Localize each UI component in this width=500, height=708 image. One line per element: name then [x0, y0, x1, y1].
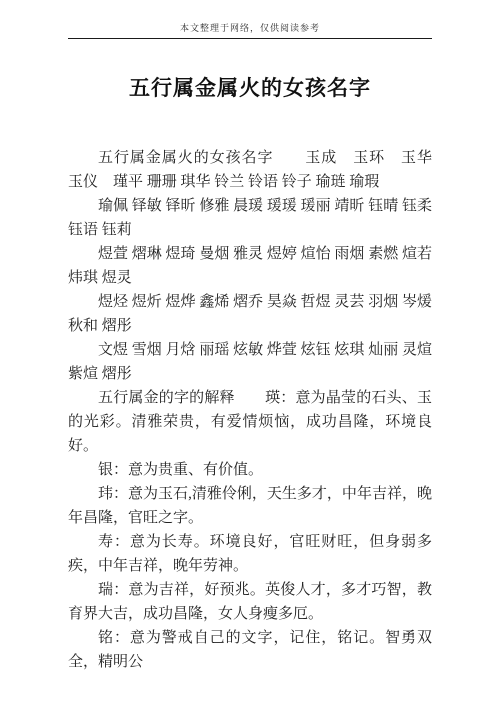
body-paragraph-explanation-rui: 瑞：意为吉祥，好预兆。英俊人才，多才巧智，教育界大吉，成功昌隆，女人身瘦多厄。: [68, 578, 432, 626]
header-rule: [68, 38, 432, 39]
body-paragraph-explanation-wei: 玮：意为玉石,清雅伶俐，天生多才，中年吉祥，晚年昌隆，官旺之字。: [68, 482, 432, 530]
body-paragraph-names-5: 文煜 雪烟 月焓 丽瑶 炫敏 烨萱 炫钰 炫琪 灿丽 灵煊 紫煊 熠彤: [68, 338, 432, 386]
header-note: 本文整理于网络，仅供阅读参考: [68, 0, 432, 34]
document-body: 五行属金属火的女孩名字 玉成 玉环 玉华 玉仪 瑾平 珊珊 琪华 铃兰 铃语 铃…: [68, 146, 432, 674]
body-paragraph-names-2: 瑜佩 铎敏 铎昕 修雅 晨瑗 瑗瑗 瑗丽 靖昕 钰晴 钰柔 钰语 钰莉: [68, 194, 432, 242]
body-paragraph-names-3: 煜萱 熠琳 煜琦 曼烟 雅灵 煜婷 煊怡 雨烟 素燃 煊若 炜琪 煜灵: [68, 242, 432, 290]
body-paragraph-explanation-ying: 五行属金的字的解释 瑛：意为晶莹的石头、玉的光彩。清雅荣贵，有爱情烦恼，成功昌隆…: [68, 386, 432, 458]
body-paragraph-explanation-yin: 银：意为贵重、有价值。: [68, 458, 432, 482]
body-paragraph-names-1: 五行属金属火的女孩名字 玉成 玉环 玉华 玉仪 瑾平 珊珊 琪华 铃兰 铃语 铃…: [68, 146, 432, 194]
body-paragraph-names-4: 煜烃 煜炘 煜烨 鑫烯 熠乔 昊焱 哲煜 灵芸 羽烟 岑煖 秋和 熠彤: [68, 290, 432, 338]
page-content: 本文整理于网络，仅供阅读参考 五行属金属火的女孩名字 五行属金属火的女孩名字 玉…: [68, 0, 432, 674]
body-paragraph-explanation-shou: 寿：意为长寿。环境良好，官旺财旺，但身弱多疾，中年吉祥，晚年劳神。: [68, 530, 432, 578]
body-paragraph-explanation-ming: 铭：意为警戒自己的文字，记住，铭记。智勇双全，精明公: [68, 626, 432, 674]
page-title: 五行属金属火的女孩名字: [68, 72, 432, 102]
document-page: 本文整理于网络，仅供阅读参考 五行属金属火的女孩名字 五行属金属火的女孩名字 玉…: [0, 0, 500, 708]
